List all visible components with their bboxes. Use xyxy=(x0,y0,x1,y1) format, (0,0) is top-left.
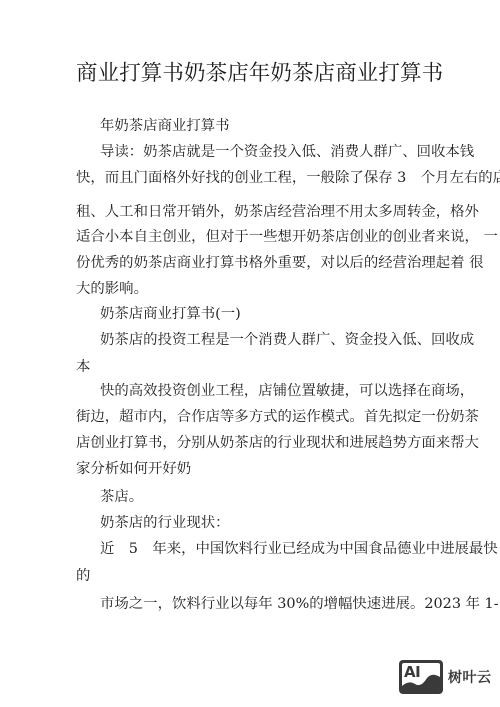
paragraph-line: 家分析如何开好奶 xyxy=(76,460,191,478)
paragraph-line: 街边，超市内，合作店等多方式的运作模式。首先拟定一份奶茶 xyxy=(76,408,479,426)
paragraph-line: 奶茶店的投资工程是一个消费人群广、资金投入低、回收成 xyxy=(100,331,474,349)
paragraph-line: 大的影响。 xyxy=(76,280,148,298)
ai-image-logo-icon: AI xyxy=(399,660,443,694)
paragraph-line: 市场之一，饮料行业以每年 30%的增幅快速进展。2023 年 1- xyxy=(100,595,499,613)
paragraph-line: 适合小本自主创业，但对于一些想开奶茶店创业的创业者来说， 一 xyxy=(76,228,498,246)
document-title: 商业打算书奶茶店年奶茶店商业打算书 xyxy=(76,56,443,87)
paragraph-line: 快的高效投资创业工程，店铺位置敏捷，可以选择在商场， xyxy=(100,382,474,400)
paragraph-line: 租、人工和日常开销外，奶茶店经营治理不用太多周转金，格外 xyxy=(76,203,479,221)
paragraph-line: 导读：奶茶店就是一个资金投入低、消费人群广、回收本钱 xyxy=(100,143,474,161)
paragraph-line: 本 xyxy=(76,358,90,376)
watermark-brand: AI 树叶云 xyxy=(399,660,492,694)
section-heading: 奶茶店商业打算书(一) xyxy=(100,305,241,323)
paragraph-line: 快，而且门面格外好找的创业工程，一般除了保存 3 个月左右的店 xyxy=(76,169,500,187)
mountain-wave-icon xyxy=(399,660,443,694)
document-page: 商业打算书奶茶店年奶茶店商业打算书 年奶茶店商业打算书 导读：奶茶店就是一个资金… xyxy=(0,0,500,707)
brand-name: 树叶云 xyxy=(448,667,492,687)
paragraph-line: 茶店。 xyxy=(100,488,143,506)
paragraph-line: 份优秀的奶茶店商业打算书格外重要，对以后的经营治理起着 很 xyxy=(76,254,484,272)
paragraph-line: 的 xyxy=(76,567,90,585)
section-heading: 奶茶店的行业现状： xyxy=(100,514,230,532)
subtitle-line: 年奶茶店商业打算书 xyxy=(100,117,230,135)
paragraph-line: 近 5 年来，中国饮料行业已经成为中国食品德业中进展最快 xyxy=(100,540,498,558)
paragraph-line: 店创业打算书，分别从奶茶店的行业现状和进展趋势方面来帮大 xyxy=(76,434,479,452)
